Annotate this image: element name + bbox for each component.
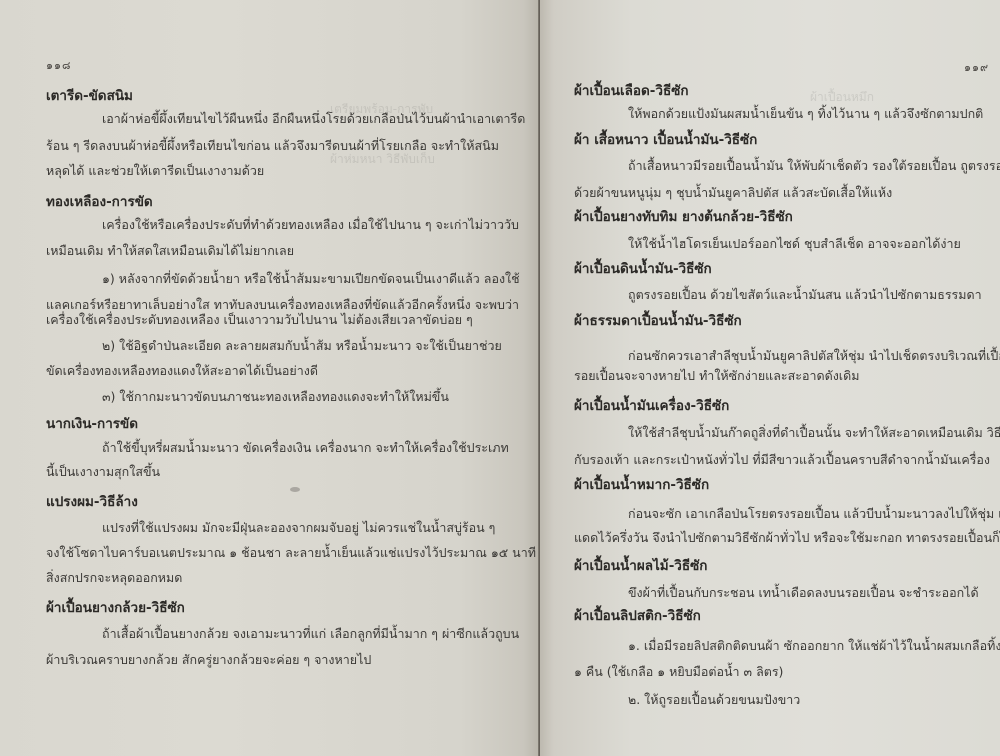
section-heading: ผ้าเปื้อนยางทับทิม ยางต้นกล้วย-วิธีซัก xyxy=(574,205,793,227)
page-number: ๑๑๙ xyxy=(964,58,989,76)
text-line: เครื่องใช้หรือเครื่องประดับที่ทำด้วยทองเ… xyxy=(102,215,519,235)
section-heading: ผ้าธรรมดาเปื้อนน้ำมัน-วิธีซัก xyxy=(574,309,742,331)
text-line: ผ้าบริเวณคราบยางกล้วย สักครู่ยางกล้วยจะค… xyxy=(46,650,371,670)
text-line: ถูตรงรอยเปื้อน ด้วยไขสัตว์และน้ำมันสน แล… xyxy=(628,285,982,305)
text-line: เอาผ้าห่อขี้ผึ้งเทียนไขไว้ผืนหนึ่ง อีกผื… xyxy=(102,109,525,129)
text-line: ๓) ใช้กากมะนาวขัดบนภาชนะทองเหลืองทองแดงจ… xyxy=(102,387,449,407)
text-line: ๒) ใช้อิฐดำป่นละเอียด ละลายผสมกับน้ำส้ม … xyxy=(102,336,502,356)
section-heading: ผ้า เสื้อหนาว เปื้อนน้ำมัน-วิธีซัก xyxy=(574,128,757,150)
text-line: ขึงผ้าที่เปื้อนกับกระชอน เทน้ำเดือดลงบนร… xyxy=(628,583,979,603)
text-line: ให้ใช้สำลีชุบน้ำมันก๊าดถูสิ่งที่ดำเปื้อน… xyxy=(628,423,1000,443)
text-line: แดดไว้ครึ่งวัน จึงนำไปซักตามวิธีซักผ้าทั… xyxy=(574,528,1000,548)
text-line: เครื่องใช้เครื่องประดับทองเหลือง เป็นเงา… xyxy=(46,310,473,330)
section-heading: ผ้าเปื้อนน้ำผลไม้-วิธีซัก xyxy=(574,554,707,576)
section-heading: ผ้าเปื้อนลิปสติก-วิธีซัก xyxy=(574,604,701,626)
text-line: ๒. ให้ถูรอยเปื้อนด้วยขนมปังขาว xyxy=(628,690,800,710)
text-line: แปรงที่ใช้แปรงผม มักจะมีฝุ่นละอองจากผมจั… xyxy=(102,518,495,538)
right-page: ผ้าเปื้อนหมึก ๑๑๙ ผ้าเปื้อนเลือด-วิธีซัก… xyxy=(540,0,1000,756)
text-line: จงใช้โซดาไบคาร์บอเนตประมาณ ๑ ช้อนชา ละลา… xyxy=(46,543,536,563)
text-line: ขัดเครื่องทองเหลืองทองแดงให้สะอาดได้เป็น… xyxy=(46,361,318,381)
text-line: สิ่งสกปรกจะหลุดออกหมด xyxy=(46,568,182,588)
text-line: ถ้าเสื้อหนาวมีรอยเปื้อนน้ำมัน ให้พับผ้าเ… xyxy=(628,156,1000,176)
ink-smudge xyxy=(290,487,300,492)
page-number: ๑๑๘ xyxy=(46,56,71,74)
section-heading: ผ้าเปื้อนยางกล้วย-วิธีซัก xyxy=(46,596,185,618)
section-heading: ผ้าเปื้อนน้ำมันเครื่อง-วิธีซัก xyxy=(574,394,729,416)
section-heading: เตารีด-ขัดสนิม xyxy=(46,84,133,106)
section-heading: แปรงผม-วิธีล้าง xyxy=(46,490,138,512)
text-line: ๑ คืน (ใช้เกลือ ๑ หยิบมือต่อน้ำ ๓ ลิตร) xyxy=(574,662,783,682)
text-line: ให้ใช้น้ำไฮโดรเย็นเปอร์ออกไซด์ ชุบสำลีเช… xyxy=(628,234,961,254)
section-heading: นากเงิน-การขัด xyxy=(46,412,138,434)
text-line: นี้เป็นเงางามสุกใสขึ้น xyxy=(46,462,160,482)
text-line: ก่อนซักควรเอาสำลีชุบน้ำมันยูคาลิปตัสให้ช… xyxy=(628,346,1000,366)
text-line: ถ้าเสื้อผ้าเปื้อนยางกล้วย จงเอามะนาวที่แ… xyxy=(102,624,519,644)
section-heading: ทองเหลือง-การขัด xyxy=(46,190,153,212)
open-book: เตรียมพร้อม-การพับ ผ้าห่มหนา วิธีพับเก็บ… xyxy=(0,0,1000,756)
section-heading: ผ้าเปื้อนดินน้ำมัน-วิธีซัก xyxy=(574,257,712,279)
text-line: ด้วยผ้าขนหนูนุ่ม ๆ ชุบน้ำมันยูคาลิปตัส แ… xyxy=(574,183,892,203)
section-heading: ผ้าเปื้อนเลือด-วิธีซัก xyxy=(574,79,689,101)
text-line: ก่อนจะซัก เอาเกลือป่นโรยตรงรอยเปื้อน แล้… xyxy=(628,504,1000,524)
text-line: กับรองเท้า และกระเป๋าหนังทั่วไป ที่มีสีข… xyxy=(574,450,990,470)
text-line: เหมือนเดิม ทำให้สดใสเหมือนเดิมได้ไม่ยากเ… xyxy=(46,241,294,261)
text-line: รอยเปื้อนจะจางหายไป ทำให้ซักง่ายและสะอาด… xyxy=(574,366,859,386)
text-line: ถ้าใช้ขี้บุหรี่ผสมน้ำมะนาว ขัดเครื่องเงิ… xyxy=(102,438,509,458)
text-line: หลุดได้ และช่วยให้เตารีดเป็นเงางามด้วย xyxy=(46,161,264,181)
text-line: ร้อน ๆ รีดลงบนผ้าห่อขี้ผึ้งหรือเทียนไขก่… xyxy=(46,136,499,156)
text-line: ให้พอกด้วยแป้งมันผสมน้ำเย็นข้น ๆ ทิ้งไว้… xyxy=(628,104,983,124)
left-page: เตรียมพร้อม-การพับ ผ้าห่มหนา วิธีพับเก็บ… xyxy=(0,0,540,756)
text-line: ๑) หลังจากที่ขัดด้วยน้ำยา หรือใช้น้ำส้มม… xyxy=(102,269,520,289)
text-line: ๑. เมื่อมีรอยลิปสติกติดบนผ้า ซักออกยาก ใ… xyxy=(628,636,1000,656)
section-heading: ผ้าเปื้อนน้ำหมาก-วิธีซัก xyxy=(574,473,709,495)
